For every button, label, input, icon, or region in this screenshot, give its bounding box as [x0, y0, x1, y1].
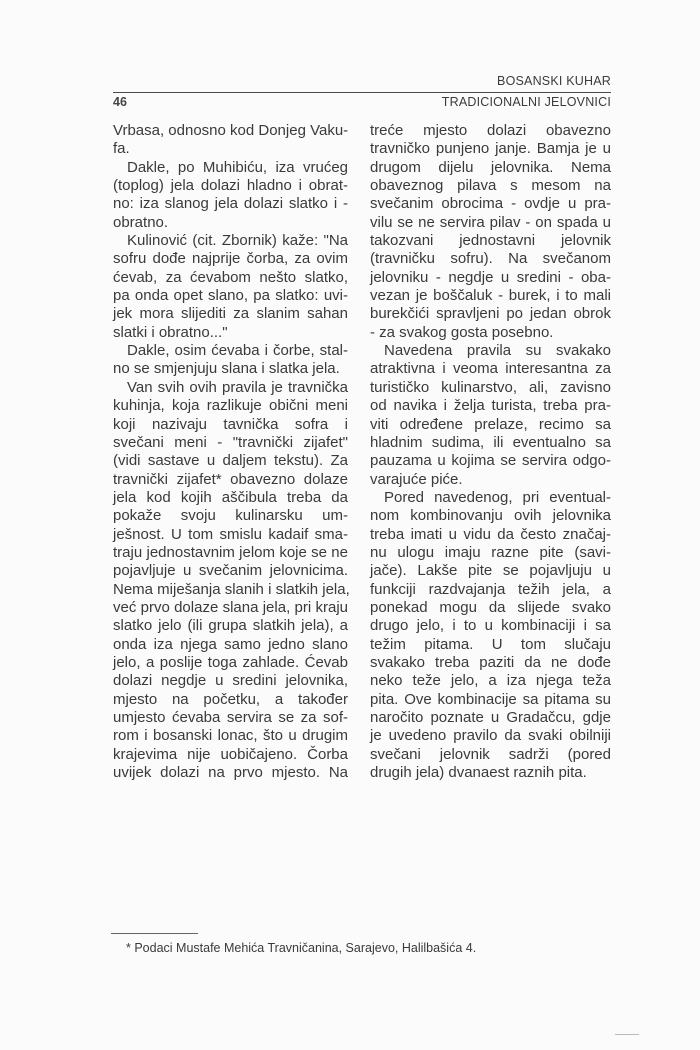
text-line: jelo, a poslije toga zahlade. Ćevab — [113, 654, 348, 672]
text-line: je uvedeno pravilo da svaki obilniji — [370, 727, 611, 745]
text-line: - za svakog gosta posebno. — [370, 324, 611, 342]
chapter-title: TRADICIONALNI JELOVNICI — [442, 95, 611, 109]
text-line: već prvo dolaze slana jela, pri kraju — [113, 599, 348, 617]
text-line: Nema miješanja slanih i slatkih jela, — [113, 581, 348, 599]
text-line: jelovniku - negdje u sredini - oba- — [370, 269, 611, 287]
text-line: drugom dijelu jelovnika. Nema — [370, 159, 611, 177]
text-line: slatki i obratno..." — [113, 324, 348, 342]
text-line: Kulinović (cit. Zbornik) kaže: "Na — [113, 232, 348, 250]
text-line: dolazi negdje u sredini jelovnika, — [113, 672, 348, 690]
text-line: od navika i želja turista, treba pra- — [370, 397, 611, 415]
text-line: vezan je boščaluk - burek, i to mali — [370, 287, 611, 305]
footnote-rule — [111, 933, 198, 934]
scan-artifact-line — [615, 1034, 639, 1035]
text-line: travničko punjeno janje. Bamja je u — [370, 140, 611, 158]
text-line: uvijek dolazi na prvo mjesto. Na — [113, 764, 348, 782]
text-line: svečanim obrocima - ovdje u pra- — [370, 195, 611, 213]
running-head: BOSANSKI KUHAR 46 TRADICIONALNI JELOVNIC… — [113, 74, 611, 114]
text-line: onda iza njega samo jedno slano — [113, 636, 348, 654]
text-line: obratno. — [113, 214, 348, 232]
text-line: traju jednostavnim jelom koje se ne — [113, 544, 348, 562]
text-line: treće mjesto dolazi obavezno — [370, 122, 611, 140]
footnote: * Podaci Mustafe Mehića Travničanina, Sa… — [126, 941, 476, 955]
text-line: krajevima nije uobičajeno. Čorba — [113, 746, 348, 764]
right-text-column: treće mjesto dolazi obaveznotravničko pu… — [370, 122, 611, 782]
text-line: drugo jelo, i to u kombinaciji i sa — [370, 617, 611, 635]
text-line: no se smjenjuju slana i slatka jela. — [113, 360, 348, 378]
text-line: pokaže svoju kulinarsku um- — [113, 507, 348, 525]
text-line: (travničku sofru). Na svečanom — [370, 250, 611, 268]
text-line: slatko jelo (ili grupa slatkih jela), a — [113, 617, 348, 635]
left-text-column: Vrbasa, odnosno kod Donjeg Vaku-fa.Dakle… — [113, 122, 348, 782]
text-line: naročito poznate u Gradačcu, gdje — [370, 709, 611, 727]
text-line: sofru dođe najprije čorba, za ovim — [113, 250, 348, 268]
text-line: (vidi sastave u daljem tekstu). Za — [113, 452, 348, 470]
text-line: takozvani jednostavni jelovnik — [370, 232, 611, 250]
text-line: treba imati u vidu da često značaj- — [370, 526, 611, 544]
text-line: neko teže jelo, a iza njega teža — [370, 672, 611, 690]
text-line: Dakle, osim ćevaba i čorbe, stal- — [113, 342, 348, 360]
text-line: (toplog) jela dolazi hladno i obrat- — [113, 177, 348, 195]
text-line: no: iza slanog jela dolazi slatko i - — [113, 195, 348, 213]
text-line: fa. — [113, 140, 348, 158]
text-line: Pored navedenog, pri eventual- — [370, 489, 611, 507]
text-line: atraktivna i veoma interesantna za — [370, 360, 611, 378]
text-line: pita. Ove kombinacije sa pitama su — [370, 691, 611, 709]
text-line: ćevab, za ćevabom nešto slatko, — [113, 269, 348, 287]
text-line: rom i bosanski lonac, što u drugim — [113, 727, 348, 745]
text-line: svakako treba paziti da ne dođe — [370, 654, 611, 672]
page-number: 46 — [113, 95, 127, 109]
text-line: kuhinja, koja razlikuje obični meni — [113, 397, 348, 415]
header-rule — [113, 92, 611, 93]
text-line: jela kod kojih aščibula treba da — [113, 489, 348, 507]
text-line: jek mora slijediti za slanim sahan — [113, 305, 348, 323]
text-line: ješnost. U tom smislu kadaif sma- — [113, 526, 348, 544]
text-line: pojavljuje u svečanim jelovnicima. — [113, 562, 348, 580]
text-line: Dakle, po Muhibiću, iza vrućeg — [113, 159, 348, 177]
text-line: turističko kulinarstvo, ali, zavisno — [370, 379, 611, 397]
text-line: nom kombinovanju ovih jelovnika — [370, 507, 611, 525]
text-line: funkciji razdvajanja težih jela, a — [370, 581, 611, 599]
book-title: BOSANSKI KUHAR — [497, 74, 611, 88]
text-line: viti određene prelaze, recimo sa — [370, 416, 611, 434]
text-line: koji nazivaju tavnička sofra i — [113, 416, 348, 434]
text-line: jače). Lakše pite se pojavljuju u — [370, 562, 611, 580]
text-line: umjesto ćevaba servira se za sof- — [113, 709, 348, 727]
text-line: ponekad mogu da slijede svako — [370, 599, 611, 617]
text-line: nu ulogu imaju razne pite (savi- — [370, 544, 611, 562]
text-line: Navedena pravila su svakako — [370, 342, 611, 360]
text-line: vilu se ne servira pilav - on spada u — [370, 214, 611, 232]
text-line: obaveznog pilava s mesom na — [370, 177, 611, 195]
text-line: mjesto na početku, a također — [113, 691, 348, 709]
book-page: BOSANSKI KUHAR 46 TRADICIONALNI JELOVNIC… — [0, 0, 700, 1050]
text-line: Vrbasa, odnosno kod Donjeg Vaku- — [113, 122, 348, 140]
text-line: travnički zijafet* obavezno dolaze — [113, 471, 348, 489]
text-line: pa onda opet slano, pa slatko: uvi- — [113, 287, 348, 305]
text-line: drugih jela) dvanaest raznih pita. — [370, 764, 611, 782]
text-line: težim pitama. U tom slučaju — [370, 636, 611, 654]
text-line: svečani meni - "travnički zijafet" — [113, 434, 348, 452]
text-line: svečani jelovnik sadrži (pored — [370, 746, 611, 764]
text-line: pauzama u kojima se servira odgo- — [370, 452, 611, 470]
text-line: hladnim sudima, ili eventualno sa — [370, 434, 611, 452]
text-line: varajuće piće. — [370, 471, 611, 489]
text-line: Van svih ovih pravila je travnička — [113, 379, 348, 397]
text-line: burekčići spravljeni po jedan obrok — [370, 305, 611, 323]
